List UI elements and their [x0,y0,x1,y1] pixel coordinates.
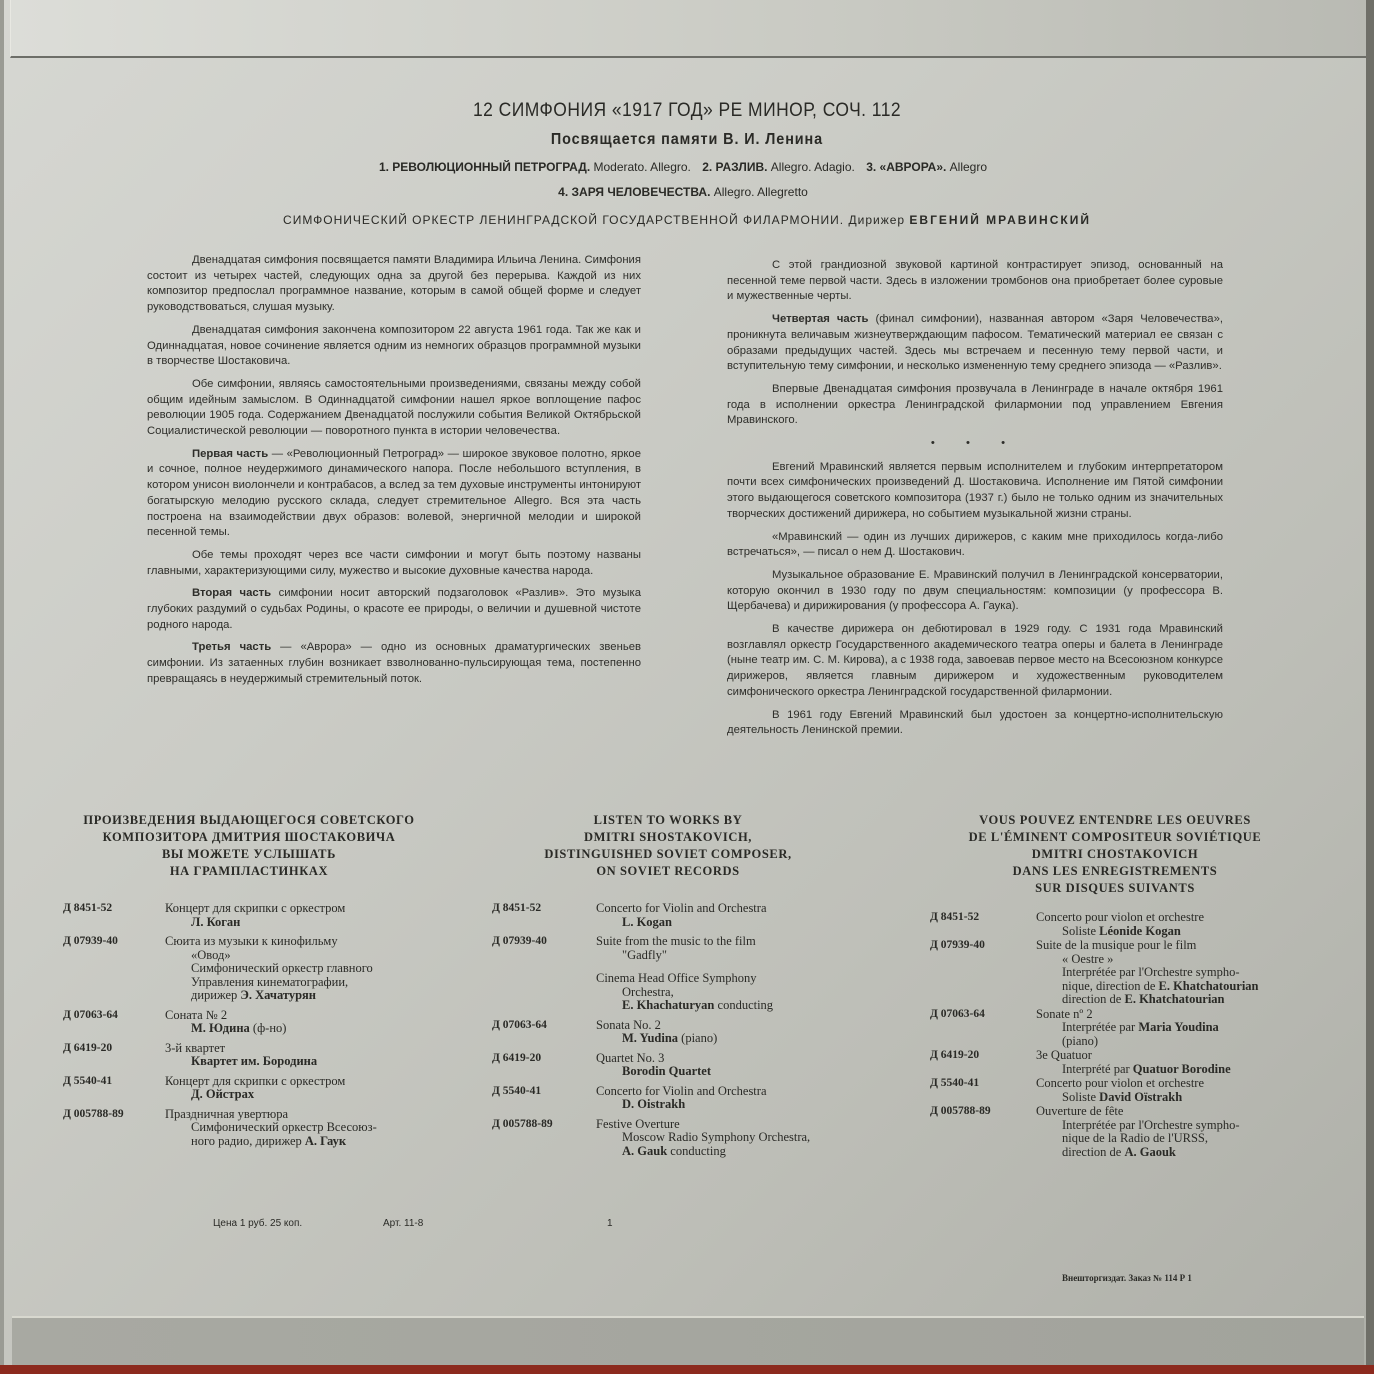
sleeve-right-edge [1366,0,1374,1374]
performer-line: Симфонический оркестр главного [165,962,435,976]
record-description: Concerto pour violon et orchestreSoliste… [1036,911,1300,938]
performer-name: Д. Ойстрах [191,1087,254,1101]
paragraph-lead: Четвертая часть [772,313,868,325]
movement-name: 1. РЕВОЛЮЦИОННЫЙ ПЕТРОГРАД. [379,160,594,174]
movements-line-2: 4. ЗАРЯ ЧЕЛОВЕЧЕСТВА. Allegro. Allegrett… [0,185,1374,199]
performer-line: Управления кинематографии, [165,976,435,990]
performer-name: D. Oistrakh [622,1097,685,1111]
paragraph-text: Евгений Мравинский является первым испол… [727,461,1223,520]
work-title: Сюита из музыки к кинофильму [165,935,435,949]
performer-line: (piano) [1036,1035,1300,1049]
discography-russian: ПРОИЗВЕДЕНИЯ ВЫДАЮЩЕГОСЯ СОВЕТСКОГОКОМПО… [63,812,435,1154]
record-entry: Д 07939-40Suite from the music to the fi… [492,935,844,1013]
liner-paragraph: Первая часть — «Революционный Петроград»… [147,447,641,541]
work-title: Ouverture de fête [1036,1105,1300,1119]
sleeve-bottom-flap [12,1316,1364,1366]
catalog-number: Д 5540-41 [63,1075,165,1102]
record-entry: Д 5540-41Concerto for Violin and Orchest… [492,1085,844,1112]
work-title: 3e Quatuor [1036,1049,1300,1063]
catalog-number: Д 6419-20 [492,1052,596,1079]
work-title: Праздничная увертюра [165,1108,435,1122]
performer-name: Léonide Kogan [1099,924,1181,938]
record-description: 3e QuatuorInterprété par Quatuor Borodin… [1036,1049,1300,1076]
movement-name: 2. РАЗЛИВ. [702,160,771,174]
performer-line: Interprétée par l'Orchestre sympho- [1036,966,1300,980]
orchestra-name: СИМФОНИЧЕСКИЙ ОРКЕСТР ЛЕНИНГРАДСКОЙ ГОСУ… [283,213,844,227]
performer-line: Interprétée par l'Orchestre sympho- [1036,1119,1300,1133]
record-description: Sonata No. 2M. Yudina (piano) [596,1019,844,1046]
record-entry: Д 6419-203e QuatuorInterprété par Quatuo… [930,1049,1300,1076]
conductor-name: ЕВГЕНИЙ МРАВИНСКИЙ [909,213,1091,227]
performer-line: Moscow Radio Symphony Orchestra, [596,1131,844,1145]
liner-paragraph: Обе темы проходят через все части симфон… [147,548,641,579]
record-entry: Д 8451-52Concerto for Violin and Orchest… [492,902,844,929]
record-description: Концерт для скрипки с оркестромД. Ойстра… [165,1075,435,1102]
performer-line: direction de A. Gaouk [1036,1146,1300,1160]
paragraph-text: «Мравинский — один из лучших дирижеров, … [727,531,1223,559]
performer-name: A. Gauk [622,1144,667,1158]
performer-name: Квартет им. Бородина [191,1054,317,1068]
performer-line: direction de E. Khatchatourian [1036,993,1300,1007]
work-title: Concerto for Violin and Orchestra [596,902,844,916]
print-order: Внешторгиздат. Заказ № 114 Р 1 [1062,1273,1192,1283]
liner-paragraph: В 1961 году Евгений Мравинский был удост… [727,708,1223,739]
performer-line: Квартет им. Бородина [165,1055,435,1069]
work-title: Концерт для скрипки с оркестром [165,1075,435,1089]
performer-line: Soliste Léonide Kogan [1036,925,1300,939]
discography-heading: LISTEN TO WORKS BYDMITRI SHOSTAKOVICH,DI… [492,812,844,880]
performer-line: Cinema Head Office Symphony [596,972,844,986]
record-entry: Д 07063-64Sonate nº 2Interprétée par Mar… [930,1008,1300,1049]
performer-line: ного радио, дирижер А. Гаук [165,1135,435,1149]
article-number: Арт. 11-8 [383,1218,423,1229]
work-title: Concerto pour violon et orchestre [1036,1077,1300,1091]
liner-notes-left: Двенадцатая симфония посвящается памяти … [147,253,641,695]
catalog-number: Д 07063-64 [492,1019,596,1046]
catalog-number: Д 07939-40 [930,939,1036,1007]
performer-line: A. Gauk conducting [596,1145,844,1159]
record-description: Концерт для скрипки с оркестромЛ. Коган [165,902,435,929]
performer-line: Soliste David Oïstrakh [1036,1091,1300,1105]
record-entry: Д 6419-20Quartet No. 3Borodin Quartet [492,1052,844,1079]
liner-paragraph: Вторая часть симфонии носит авторский по… [147,586,641,633]
catalog-number: Д 07939-40 [63,935,165,1003]
liner-paragraph: Обе симфонии, являясь самостоятельными п… [147,377,641,440]
discography-heading: ПРОИЗВЕДЕНИЯ ВЫДАЮЩЕГОСЯ СОВЕТСКОГОКОМПО… [63,812,435,880]
album-title: 12 СИМФОНИЯ «1917 ГОД» РЕ МИНОР, СОЧ. 11… [55,100,1319,122]
record-description: Concerto for Violin and OrchestraD. Oist… [596,1085,844,1112]
catalog-number: Д 6419-20 [930,1049,1036,1076]
catalog-number: Д 005788-89 [63,1108,165,1149]
movements-line-1: 1. РЕВОЛЮЦИОННЫЙ ПЕТРОГРАД. Moderato. Al… [0,160,1374,174]
record-description: Suite de la musique pour le film« Oestre… [1036,939,1300,1007]
work-title: Suite de la musique pour le film [1036,939,1300,953]
performer-line: L. Kogan [596,916,844,930]
record-description: Соната № 2М. Юдина (ф-но) [165,1009,435,1036]
record-description: Ouverture de fêteInterprétée par l'Orche… [1036,1105,1300,1159]
performer-line: Interprété par Quatuor Borodine [1036,1063,1300,1077]
catalog-number: Д 07063-64 [63,1009,165,1036]
record-entry: Д 005788-89Праздничная увертюраСимфониче… [63,1108,435,1149]
discography-english: LISTEN TO WORKS BYDMITRI SHOSTAKOVICH,DI… [492,812,844,1164]
liner-paragraph: С этой грандиозной звуковой картиной кон… [727,258,1223,305]
movement-name: 4. ЗАРЯ ЧЕЛОВЕЧЕСТВА. [558,185,714,199]
catalog-number: Д 6419-20 [63,1042,165,1069]
catalog-number: Д 8451-52 [63,902,165,929]
performer-name: A. Gaouk [1124,1145,1175,1159]
record-description: Suite from the music to the film"Gadfly"… [596,935,844,1013]
paragraph-text: В качестве дирижера он дебютировал в 192… [727,623,1223,698]
performer-line: "Gadfly" [596,949,844,963]
movement-tempo: Moderato. Allegro. [593,160,694,174]
performer-name: Borodin Quartet [622,1064,711,1078]
record-description: Праздничная увертюраСимфонический оркест… [165,1108,435,1149]
record-entry: Д 07939-40Сюита из музыки к кинофильму«О… [63,935,435,1003]
performer-line: Interprétée par Maria Youdina [1036,1021,1300,1035]
liner-paragraph: Двенадцатая симфония посвящается памяти … [147,253,641,316]
work-title: Концерт для скрипки с оркестром [165,902,435,916]
liner-paragraph: Впервые Двенадцатая симфония прозвучала … [727,382,1223,429]
performer-name: E. Khatchatourian [1159,979,1259,993]
performer-name: М. Юдина [191,1021,250,1035]
record-description: Concerto for Violin and OrchestraL. Koga… [596,902,844,929]
performer-line: М. Юдина (ф-но) [165,1022,435,1036]
performer-line: D. Oistrakh [596,1098,844,1112]
performer-line: Симфонический оркестр Всесоюз- [165,1121,435,1135]
work-title: 3-й квартет [165,1042,435,1056]
record-description: 3-й квартетКвартет им. Бородина [165,1042,435,1069]
record-entry: Д 07063-64Соната № 2М. Юдина (ф-но) [63,1009,435,1036]
performer-line: Orchestra, [596,986,844,1000]
paragraph-lead: Первая часть [192,448,268,460]
separator-dots: • • • [727,436,1223,452]
paragraph-text: Впервые Двенадцатая симфония прозвучала … [727,383,1223,426]
performer-line: « Oestre » [1036,953,1300,967]
catalog-number: Д 5540-41 [492,1085,596,1112]
work-title: Соната № 2 [165,1009,435,1023]
paragraph-text: Обе симфонии, являясь самостоятельными п… [147,378,641,437]
orchestra-credit: СИМФОНИЧЕСКИЙ ОРКЕСТР ЛЕНИНГРАДСКОЙ ГОСУ… [0,213,1374,227]
performer-line: M. Yudina (piano) [596,1032,844,1046]
record-entry: Д 07063-64Sonata No. 2M. Yudina (piano) [492,1019,844,1046]
page-number: 1 [607,1218,613,1229]
record-entry: Д 005788-89Festive OvertureMoscow Radio … [492,1118,844,1159]
performer-line [596,962,844,966]
catalog-number: Д 07063-64 [930,1008,1036,1049]
catalog-number: Д 8451-52 [492,902,596,929]
performer-line: дирижер Э. Хачатурян [165,989,435,1003]
sleeve-top-flap [10,0,1369,58]
price: Цена 1 руб. 25 коп. [213,1218,302,1229]
performer-line: nique de la Radio de l'URSS, [1036,1132,1300,1146]
catalog-number: Д 8451-52 [930,911,1036,938]
movement-tempo: Allegro. Allegretto [714,185,808,199]
paragraph-lead: Третья часть [192,641,271,653]
record-description: Festive OvertureMoscow Radio Symphony Or… [596,1118,844,1159]
work-title: Suite from the music to the film [596,935,844,949]
performer-name: Л. Коган [191,915,240,929]
sleeve-red-edge [0,1365,1374,1374]
liner-paragraph: Четвертая часть (финал симфонии), назван… [727,312,1223,375]
performer-line: Л. Коган [165,916,435,930]
performer-name: А. Гаук [305,1134,346,1148]
record-description: Quartet No. 3Borodin Quartet [596,1052,844,1079]
paragraph-text: Двенадцатая симфония закончена композито… [147,324,641,367]
paragraph-text: Музыкальное образование Е. Мравинский по… [727,569,1223,612]
record-description: Сюита из музыки к кинофильму«Овод»Симфон… [165,935,435,1003]
sleeve-left-edge [0,0,4,1374]
record-description: Concerto pour violon et orchestreSoliste… [1036,1077,1300,1104]
paragraph-text: Обе темы проходят через все части симфон… [147,549,641,577]
catalog-number: Д 005788-89 [930,1105,1036,1159]
performer-name: Quatuor Borodine [1133,1062,1231,1076]
liner-paragraph: Третья часть — «Аврора» — одно из основн… [147,640,641,687]
performer-name: L. Kogan [622,915,672,929]
liner-paragraph: Евгений Мравинский является первым испол… [727,460,1223,523]
movement-name: 3. «АВРОРА». [866,160,949,174]
performer-name: E. Khatchatourian [1124,992,1224,1006]
performer-name: Э. Хачатурян [240,988,316,1002]
liner-paragraph: В качестве дирижера он дебютировал в 192… [727,622,1223,701]
performer-line: «Овод» [165,949,435,963]
record-entry: Д 07939-40Suite de la musique pour le fi… [930,939,1300,1007]
catalog-number: Д 07939-40 [492,935,596,1013]
work-title: Sonate nº 2 [1036,1008,1300,1022]
performer-name: E. Khachaturyan [622,998,714,1012]
discography-heading: VOUS POUVEZ ENTENDRE LES OEUVRESDE L'ÉMI… [930,812,1300,897]
work-title: Sonata No. 2 [596,1019,844,1033]
conductor-label: Дирижер [848,213,905,227]
liner-paragraph: Музыкальное образование Е. Мравинский по… [727,568,1223,615]
record-description: Sonate nº 2Interprétée par Maria Youdina… [1036,1008,1300,1049]
paragraph-text: Двенадцатая симфония посвящается памяти … [147,254,641,313]
catalog-number: Д 005788-89 [492,1118,596,1159]
catalog-number: Д 5540-41 [930,1077,1036,1104]
movement-tempo: Allegro. Adagio. [771,160,858,174]
work-title: Concerto pour violon et orchestre [1036,911,1300,925]
liner-paragraph: «Мравинский — один из лучших дирижеров, … [727,530,1223,561]
record-entry: Д 005788-89Ouverture de fêteInterprétée … [930,1105,1300,1159]
record-entry: Д 5540-41Концерт для скрипки с оркестром… [63,1075,435,1102]
performer-name: Maria Youdina [1138,1020,1218,1034]
performer-line: nique, direction de E. Khatchatourian [1036,980,1300,994]
work-title: Quartet No. 3 [596,1052,844,1066]
liner-paragraph: Двенадцатая симфония закончена композито… [147,323,641,370]
record-entry: Д 8451-52Concerto pour violon et orchest… [930,911,1300,938]
record-entry: Д 5540-41Concerto pour violon et orchest… [930,1077,1300,1104]
movement-tempo: Allegro [950,160,987,174]
work-title: Festive Overture [596,1118,844,1132]
dedication: Посвящается памяти В. И. Ленина [69,131,1306,149]
performer-line: Borodin Quartet [596,1065,844,1079]
paragraph-lead: Вторая часть [192,587,271,599]
paragraph-text: В 1961 году Евгений Мравинский был удост… [727,709,1223,737]
record-entry: Д 6419-203-й квартетКвартет им. Бородина [63,1042,435,1069]
performer-name: M. Yudina [622,1031,678,1045]
record-entry: Д 8451-52Концерт для скрипки с оркестром… [63,902,435,929]
performer-line: E. Khachaturyan conducting [596,999,844,1013]
work-title: Concerto for Violin and Orchestra [596,1085,844,1099]
paragraph-text: — «Революционный Петроград» — широкое зв… [147,448,641,539]
paragraph-text: С этой грандиозной звуковой картиной кон… [727,259,1223,302]
performer-line: Д. Ойстрах [165,1088,435,1102]
discography-french: VOUS POUVEZ ENTENDRE LES OEUVRESDE L'ÉMI… [930,812,1300,1160]
performer-name: David Oïstrakh [1099,1090,1182,1104]
liner-notes-right: С этой грандиозной звуковой картиной кон… [727,258,1223,746]
